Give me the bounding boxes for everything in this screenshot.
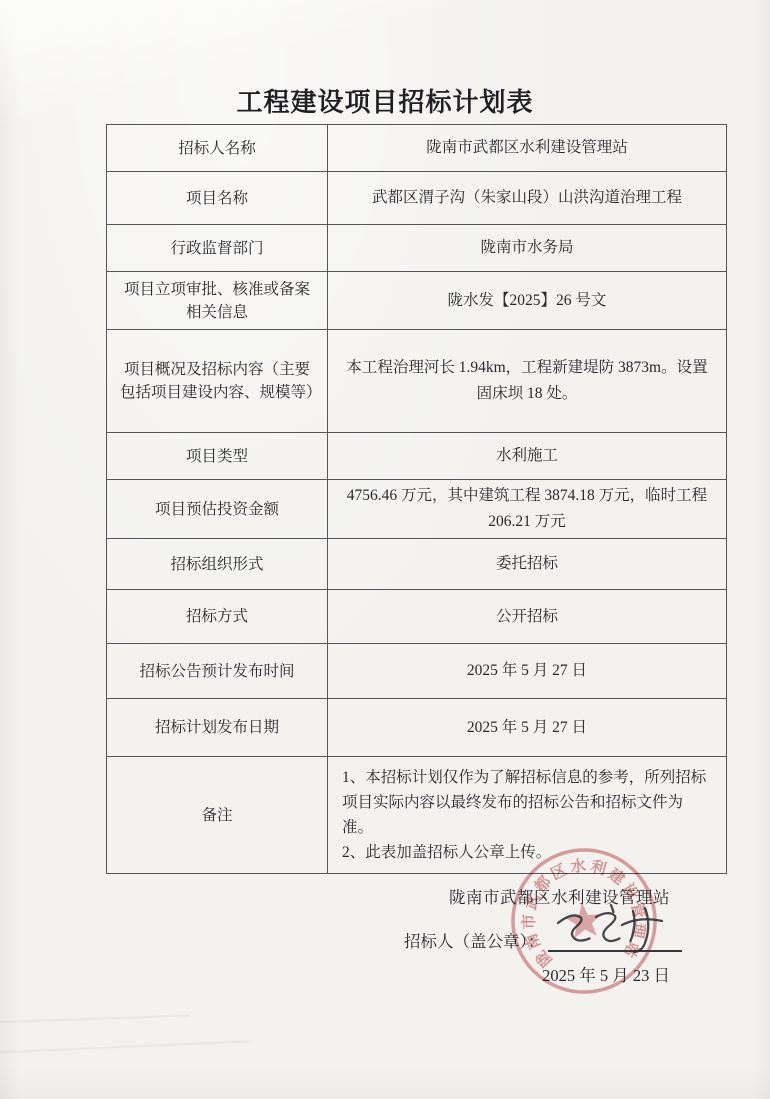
row-label: 招标公告预计发布时间 [107, 644, 328, 699]
row-value: 4756.46 万元，其中建筑工程 3874.18 万元，临时工程 206.21… [328, 480, 727, 539]
row-label: 招标计划发布日期 [107, 699, 328, 757]
table-row: 招标方式 公开招标 [107, 590, 727, 644]
page-title: 工程建设项目招标计划表 [103, 82, 667, 119]
row-value: 陇水发【2025】26 号文 [328, 272, 727, 330]
table-row: 行政监督部门 陇南市水务局 [107, 225, 727, 272]
row-label: 招标方式 [107, 590, 328, 644]
row-value: 陇南市水务局 [328, 225, 727, 272]
signer-label: 招标人（盖公章）： [404, 928, 544, 952]
row-label: 项目类型 [107, 433, 328, 480]
table-row: 项目概况及招标内容（主要包括项目建设内容、规模等） 本工程治理河长 1.94km… [107, 330, 727, 433]
row-label: 项目名称 [107, 172, 328, 225]
row-label: 备注 [107, 757, 328, 874]
row-label: 项目立项审批、核准或备案相关信息 [107, 272, 328, 330]
table-row: 项目类型 水利施工 [107, 433, 727, 480]
row-label: 项目预估投资金额 [107, 480, 328, 539]
row-label: 行政监督部门 [107, 225, 328, 272]
tender-plan-table: 招标人名称 陇南市武都区水利建设管理站 项目名称 武都区渭子沟（朱家山段）山洪沟… [106, 124, 727, 874]
row-value: 委托招标 [328, 539, 727, 590]
row-value: 水利施工 [328, 433, 727, 480]
row-label: 项目概况及招标内容（主要包括项目建设内容、规模等） [107, 330, 328, 433]
table-row: 项目预估投资金额 4756.46 万元，其中建筑工程 3874.18 万元，临时… [107, 480, 727, 539]
table-row: 备注 1、本招标计划仅作为了解招标信息的参考，所列招标项目实际内容以最终发布的招… [107, 757, 727, 874]
table-row: 招标计划发布日期 2025 年 5 月 27 日 [107, 699, 727, 757]
paper-crease [0, 1040, 250, 1053]
scanned-document-page: 工程建设项目招标计划表 招标人名称 陇南市武都区水利建设管理站 项目名称 武都区… [0, 0, 770, 1099]
row-value: 公开招标 [328, 590, 727, 644]
row-label: 招标组织形式 [107, 539, 328, 590]
footer-date: 2025 年 5 月 23 日 [106, 962, 670, 986]
table-row: 招标组织形式 委托招标 [107, 539, 727, 590]
row-value: 2025 年 5 月 27 日 [328, 699, 727, 757]
row-value: 本工程治理河长 1.94km，工程新建堤防 3873m。设置固床坝 18 处。 [328, 330, 727, 433]
row-value: 2025 年 5 月 27 日 [328, 644, 727, 699]
row-value: 1、本招标计划仅作为了解招标信息的参考，所列招标项目实际内容以最终发布的招标公告… [328, 757, 727, 874]
signature-line-block: 招标人（盖公章）： [404, 920, 682, 952]
row-label: 招标人名称 [107, 125, 328, 172]
table-row: 招标人名称 陇南市武都区水利建设管理站 [107, 125, 727, 172]
signature-underline [548, 920, 682, 952]
table-row: 项目立项审批、核准或备案相关信息 陇水发【2025】26 号文 [107, 272, 727, 330]
table-row: 招标公告预计发布时间 2025 年 5 月 27 日 [107, 644, 727, 699]
handwritten-signature [548, 900, 682, 956]
row-value: 武都区渭子沟（朱家山段）山洪沟道治理工程 [328, 172, 727, 225]
table-row: 项目名称 武都区渭子沟（朱家山段）山洪沟道治理工程 [107, 172, 727, 225]
paper-crease [0, 1015, 190, 1024]
row-value: 陇南市武都区水利建设管理站 [328, 125, 727, 172]
